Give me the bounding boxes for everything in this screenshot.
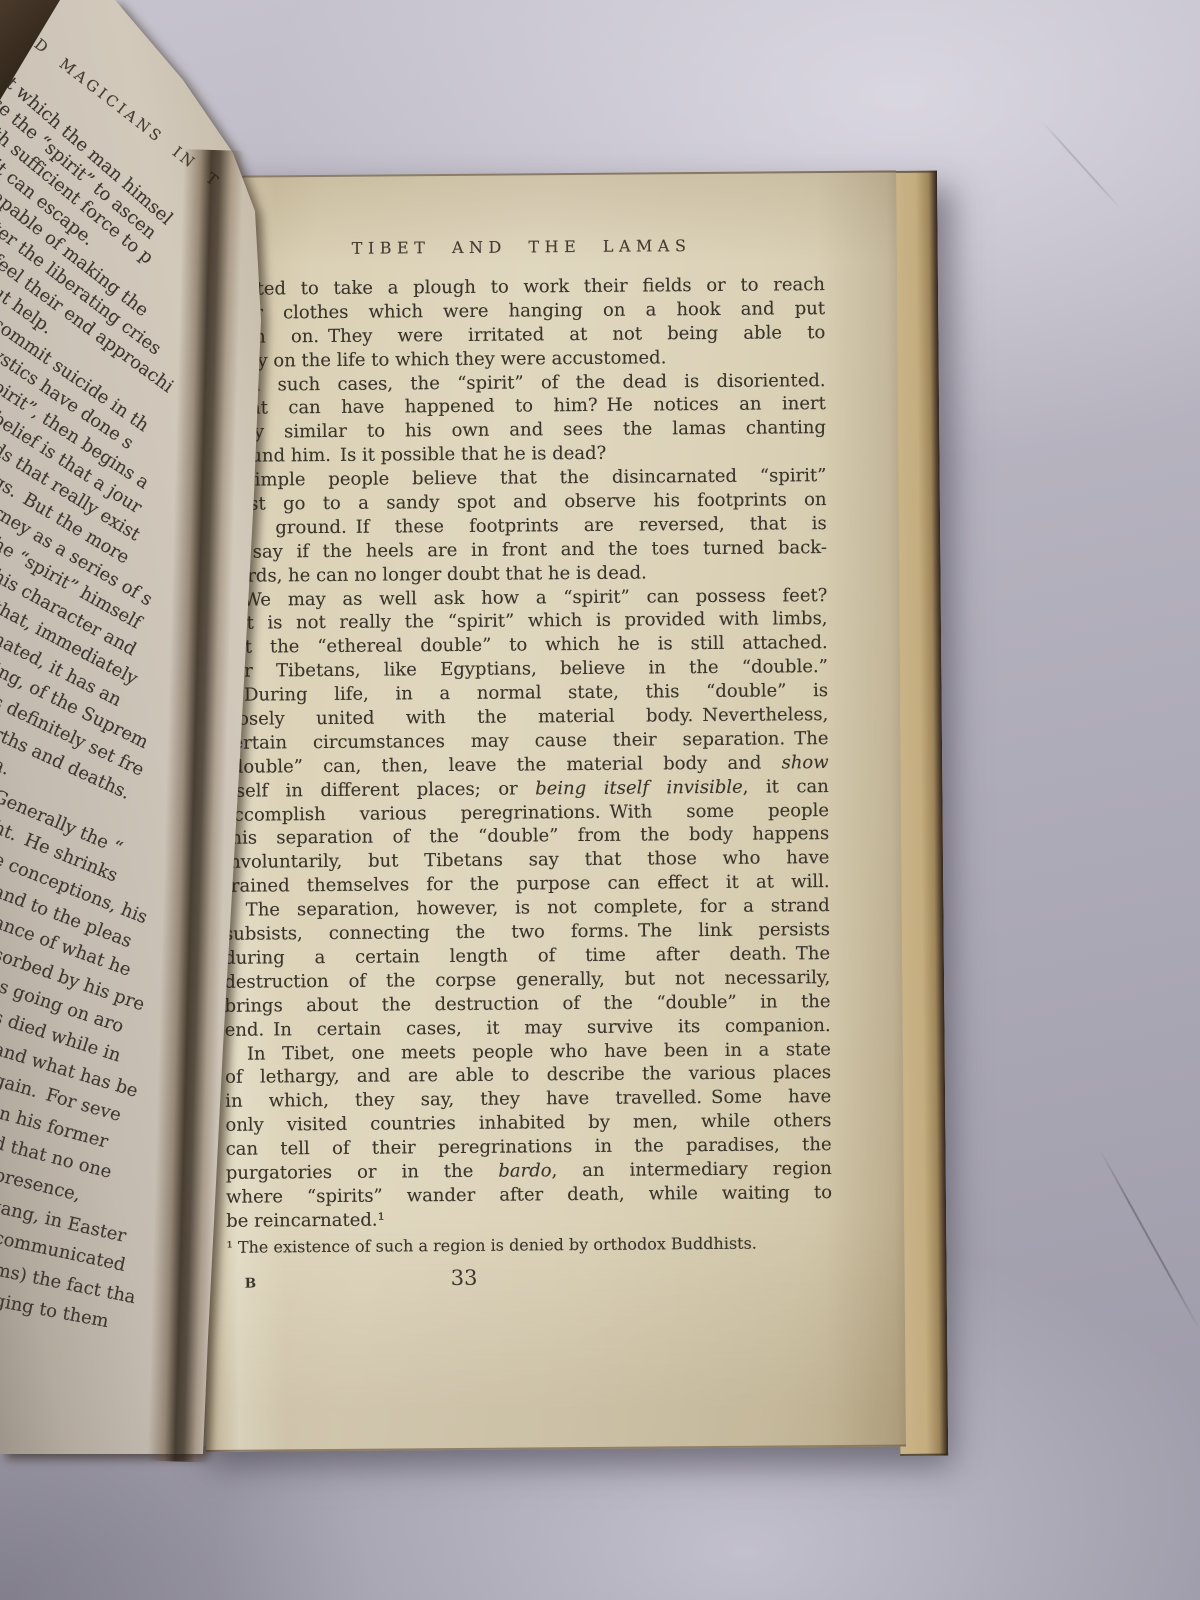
surface-scratch-line bbox=[1041, 120, 1123, 211]
left-text-fragment: a. bbox=[0, 754, 13, 780]
footnote: ¹ The existence of such a region is deni… bbox=[226, 1233, 832, 1257]
left-page: AND MAGICIANS IN Tort which the man hims… bbox=[0, 0, 262, 1454]
text-line: where “spirits” wander after death, whil… bbox=[226, 1181, 832, 1210]
text-line: them on. They were irritated at not bein… bbox=[219, 321, 825, 350]
running-title: TIBET AND THE LAMAS bbox=[219, 235, 825, 259]
right-page: TIBET AND THE LAMAS wanted to take a plo… bbox=[196, 171, 906, 1452]
text-line: body similar to his own and sees the lam… bbox=[220, 416, 826, 445]
page-number: 33 bbox=[451, 1266, 478, 1290]
text-line: to say if the heels are in front and the… bbox=[221, 536, 827, 565]
surface-scratch-line bbox=[1098, 1148, 1200, 1331]
left-page-text: AND MAGICIANS IN Tort which the man hims… bbox=[0, 0, 262, 1454]
text-line: be reincarnated.¹ bbox=[226, 1205, 832, 1234]
body-text: wanted to take a plough to work their fi… bbox=[219, 273, 832, 1233]
book-photo: TIBET AND THE LAMAS wanted to take a plo… bbox=[0, 0, 1200, 1600]
